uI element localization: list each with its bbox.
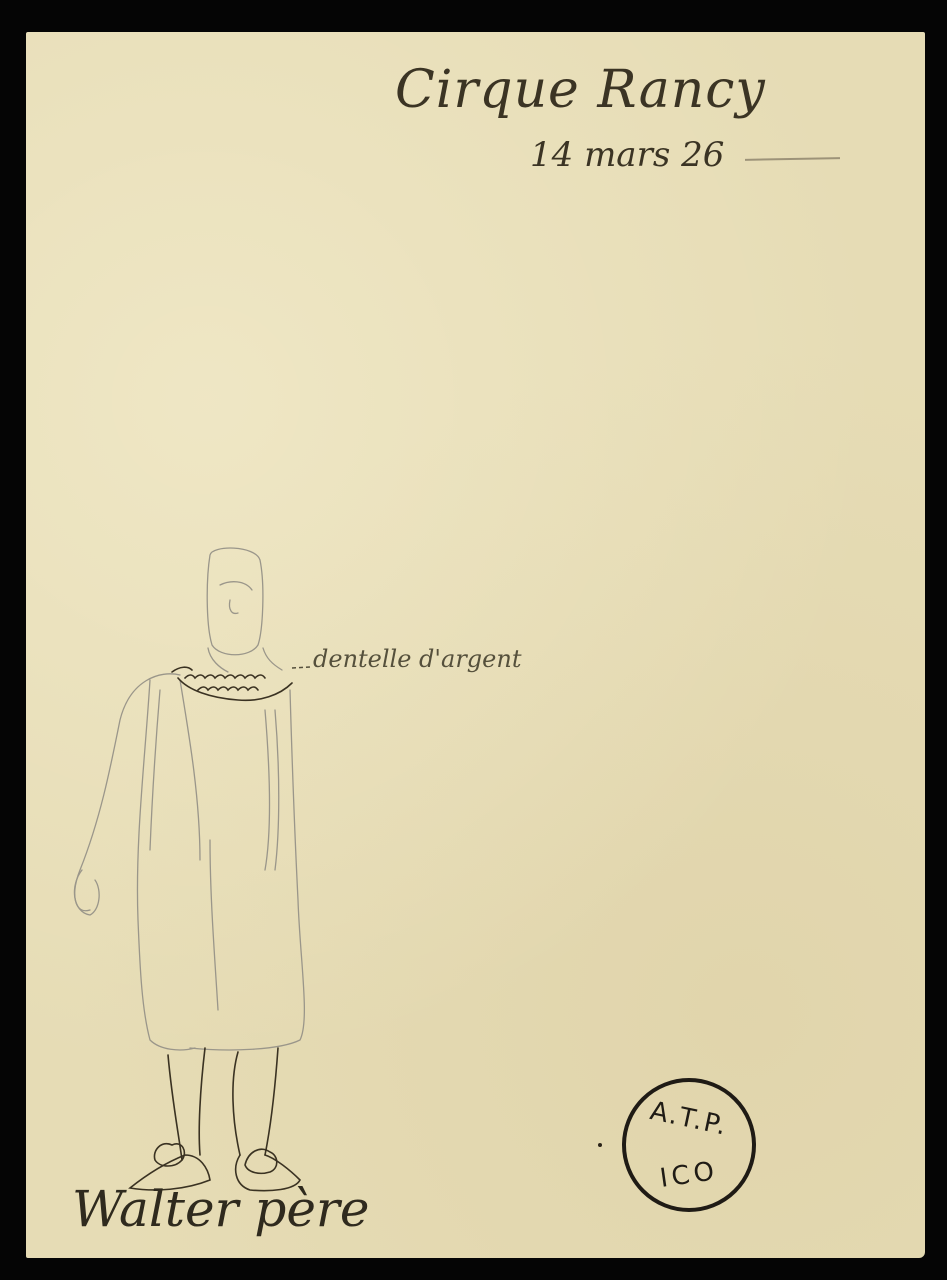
header-date: 14 mars 26 (530, 135, 724, 175)
costume-figure-sketch (60, 540, 320, 1200)
figure-caption: Walter père (72, 1180, 369, 1238)
ink-dot (598, 1143, 602, 1147)
stamp-bottom-text: ICO (625, 1151, 754, 1198)
lace-annotation: dentelle d'argent (313, 645, 521, 673)
stamp-top-text: A.T.P. (624, 1091, 753, 1147)
archive-stamp: A.T.P. ICO (622, 1078, 756, 1212)
header-title: Cirque Rancy (395, 60, 766, 120)
